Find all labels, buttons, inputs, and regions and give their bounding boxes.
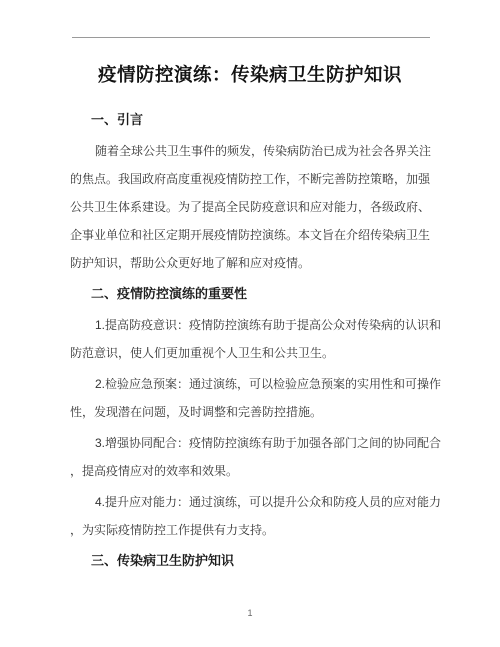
document-body: 一、引言随着全球公共卫生事件的频发，传染病防治已成为社会各界关注的焦点。我国政府… <box>70 106 430 575</box>
paragraph: 4.提升应对能力：通过演练，可以提升公众和防疫人员的应对能力，为实际疫情防控工作… <box>70 488 430 544</box>
text-line: 企事业单位和社区定期开展疫情防控演练。本文旨在介绍传染病卫生 <box>70 221 430 249</box>
text-line: 的焦点。我国政府高度重视疫情防控工作，不断完善防控策略，加强 <box>70 165 430 193</box>
page-footer: 1 <box>0 603 500 621</box>
text-line: 公共卫生体系建设。为了提高全民防疫意识和应对能力，各级政府、 <box>70 193 430 221</box>
document-page: 疫情防控演练：传染病卫生防护知识 一、引言随着全球公共卫生事件的频发，传染病防治… <box>0 0 500 647</box>
text-line: 防护知识，帮助公众更好地了解和应对疫情。 <box>70 249 430 277</box>
text-line: ，为实际疫情防控工作提供有力支持。 <box>70 516 430 544</box>
paragraph: 3.增强协同配合：疫情防控演练有助于加强各部门之间的协同配合，提高疫情应对的效率… <box>70 429 430 485</box>
text-line: 防范意识，使人们更加重视个人卫生和公共卫生。 <box>70 339 430 367</box>
page-number: 1 <box>247 608 252 618</box>
text-line: 3.增强协同配合：疫情防控演练有助于加强各部门之间的协同配合 <box>70 429 430 457</box>
text-line: 性，发现潜在问题，及时调整和完善防控措施。 <box>70 398 430 426</box>
text-line: 随着全球公共卫生事件的频发，传染病防治已成为社会各界关注 <box>70 137 430 165</box>
text-line: ，提高疫情应对的效率和效果。 <box>70 457 430 485</box>
text-line: 4.提升应对能力：通过演练，可以提升公众和防疫人员的应对能力 <box>70 488 430 516</box>
text-line: 2.检验应急预案：通过演练，可以检验应急预案的实用性和可操作 <box>70 370 430 398</box>
section-heading: 一、引言 <box>70 106 430 134</box>
paragraph: 2.检验应急预案：通过演练，可以检验应急预案的实用性和可操作性，发现潜在问题，及… <box>70 370 430 426</box>
section-heading: 三、传染病卫生防护知识 <box>70 547 430 575</box>
section-heading: 二、疫情防控演练的重要性 <box>70 280 430 308</box>
text-line: 1.提高防疫意识：疫情防控演练有助于提高公众对传染病的认识和 <box>70 311 430 339</box>
document-title: 疫情防控演练：传染病卫生防护知识 <box>70 62 430 88</box>
paragraph: 1.提高防疫意识：疫情防控演练有助于提高公众对传染病的认识和防范意识，使人们更加… <box>70 311 430 367</box>
header-divider <box>72 37 430 38</box>
paragraph: 随着全球公共卫生事件的频发，传染病防治已成为社会各界关注的焦点。我国政府高度重视… <box>70 137 430 277</box>
